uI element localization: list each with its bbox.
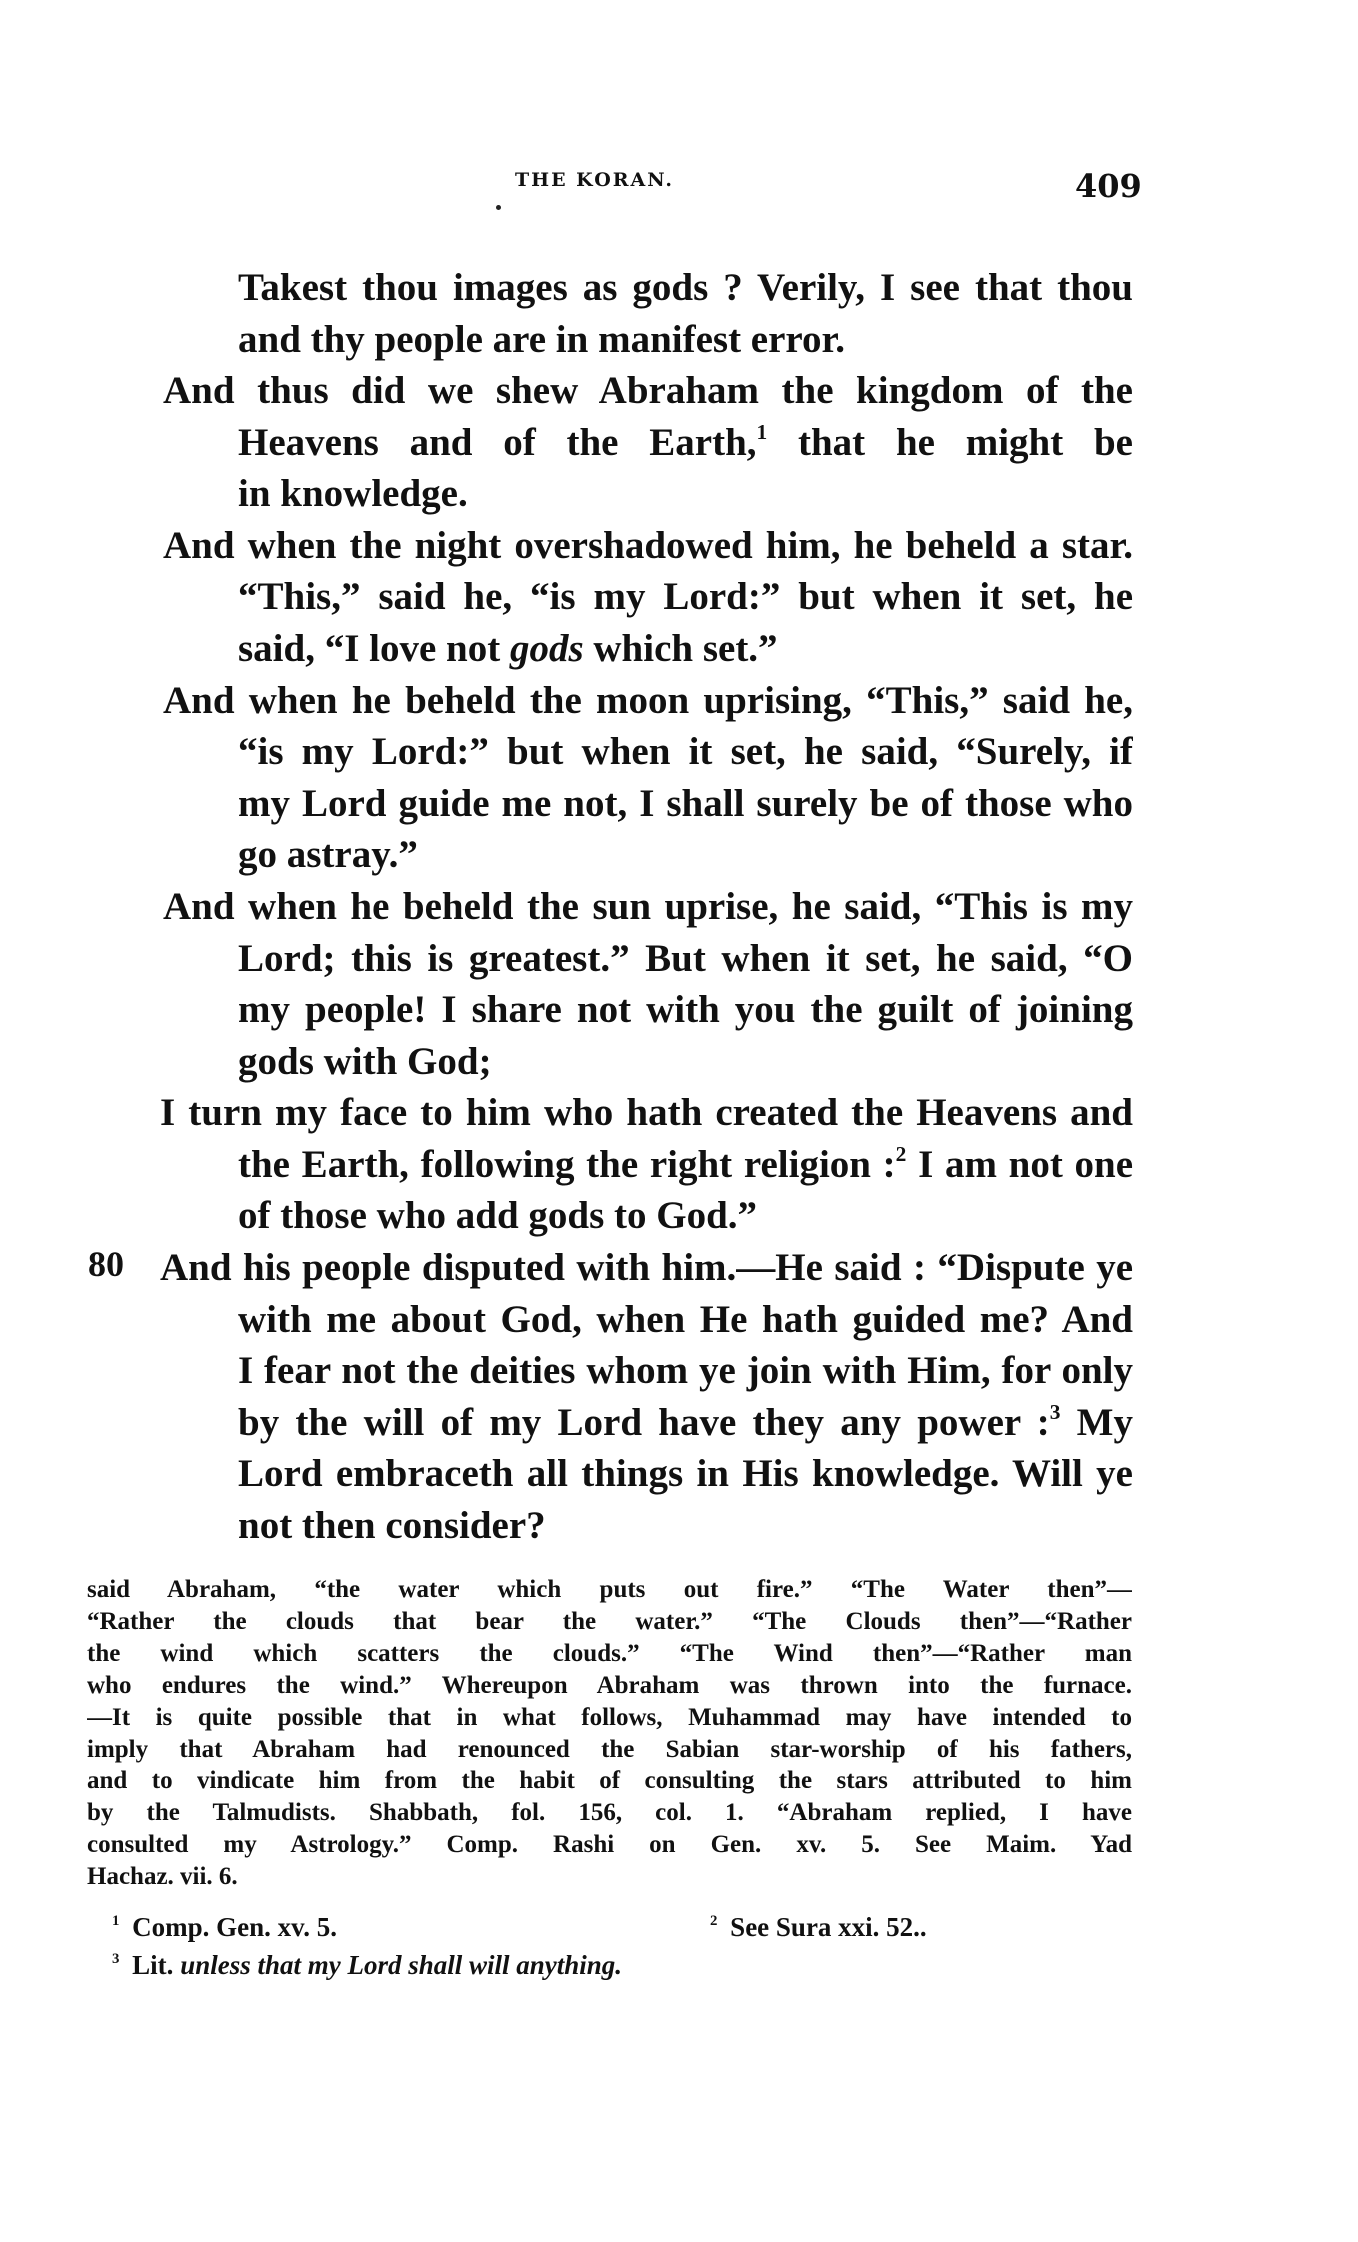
verse-text: My xyxy=(1060,1401,1133,1444)
footnote-line: by the Talmudists. Shabbath, fol. 156, c… xyxy=(87,1797,1132,1829)
verse-line: And when he beheld the sun uprise, he sa… xyxy=(163,881,1133,933)
print-speck xyxy=(496,205,501,210)
footnote-line: —It is quite possible that in what follo… xyxy=(87,1702,1132,1734)
verse-text: I am not one xyxy=(906,1143,1133,1186)
verse-line: and thy people are in manifest error. xyxy=(238,314,1133,366)
verse-number: 80 xyxy=(88,1238,124,1290)
footnote-line: “Rather the clouds that bear the water.”… xyxy=(87,1606,1132,1638)
verse-line: And when the night overshadowed him, he … xyxy=(163,520,1133,572)
page-number: 409 xyxy=(1075,169,1142,203)
verse-line: said, “I love not gods which set.” xyxy=(238,623,1133,675)
verse-line: Lord; this is greatest.” But when it set… xyxy=(238,933,1133,985)
footnote-reference: 2 xyxy=(896,1142,907,1166)
footnote-marker: 2 xyxy=(710,1913,717,1929)
verse-line: Lord embraceth all things in His knowled… xyxy=(238,1448,1133,1500)
book-page: THE KORAN. 409 Takest thou images as god… xyxy=(0,0,1358,2242)
verse-line: And his people disputed with him.—He sai… xyxy=(160,1242,1133,1294)
verse-text: the Earth, following the right religion … xyxy=(238,1143,896,1186)
verse-line: my people! I share not with you the guil… xyxy=(238,984,1133,1036)
footnote-line: said Abraham, “the water which puts out … xyxy=(87,1574,1132,1606)
footnote-3: 3 Lit. unless that my Lord shall will an… xyxy=(112,1946,622,1984)
verse-line: And when he beheld the moon uprising, “T… xyxy=(163,675,1133,727)
footnote-2: 2 See Sura xxi. 52.. xyxy=(710,1908,927,1946)
verse-text: by the will of my Lord have they any pow… xyxy=(238,1401,1050,1444)
footnote-text: Lit. xyxy=(132,1950,180,1980)
verse-line: “This,” said he, “is my Lord:” but when … xyxy=(238,571,1133,623)
verse-line: I turn my face to him who hath created t… xyxy=(160,1087,1133,1139)
footnote-marker: 3 xyxy=(112,1951,119,1967)
footnote-line: who endures the wind.” Whereupon Abraham… xyxy=(87,1670,1132,1702)
running-title: THE KORAN. xyxy=(515,170,674,190)
italic-word: gods xyxy=(510,627,584,670)
footnote-text: Comp. Gen. xv. 5. xyxy=(132,1912,337,1942)
verse-line: go astray.” xyxy=(238,829,1133,881)
verse-line: not then consider? xyxy=(238,1500,1133,1552)
footnote-text: See Sura xxi. 52.. xyxy=(730,1912,927,1942)
footnote-line: consulted my Astrology.” Comp. Rashi on … xyxy=(87,1829,1132,1861)
verse-line: I fear not the deities whom ye join with… xyxy=(238,1345,1133,1397)
footnote-line: the wind which scatters the clouds.” “Th… xyxy=(87,1638,1132,1670)
verse-text: said, “I love not xyxy=(238,627,510,670)
verse-line: in knowledge. xyxy=(238,468,1133,520)
footnote-reference: 1 xyxy=(757,420,768,444)
verse-line: Takest thou images as gods ? Verily, I s… xyxy=(238,262,1133,314)
verse-line: And thus did we shew Abraham the kingdom… xyxy=(163,365,1133,417)
verse-line: gods with God; xyxy=(238,1036,1133,1088)
verse-line: by the will of my Lord have they any pow… xyxy=(238,1397,1133,1449)
footnote-line: and to vindicate him from the habit of c… xyxy=(87,1765,1132,1797)
verse-line: of those who add gods to God.” xyxy=(238,1190,1133,1242)
verse-line: Heavens and of the Earth,1 that he might… xyxy=(238,417,1133,469)
verse-text: Heavens and of the Earth, xyxy=(238,421,757,464)
footnote-1: 1 Comp. Gen. xv. 5. xyxy=(112,1908,337,1946)
footnote-italic-text: unless that my Lord shall will anything. xyxy=(180,1950,622,1980)
footnote-marker: 1 xyxy=(112,1913,119,1929)
footnote-reference: 3 xyxy=(1050,1400,1061,1424)
footnote-line: imply that Abraham had renounced the Sab… xyxy=(87,1734,1132,1766)
verse-text: which set.” xyxy=(584,627,778,670)
verse-line: my Lord guide me not, I shall surely be … xyxy=(238,778,1133,830)
footnote-line: Hachaz. vii. 6. xyxy=(87,1861,1132,1893)
verse-line: with me about God, when He hath guided m… xyxy=(238,1294,1133,1346)
verse-line: the Earth, following the right religion … xyxy=(238,1139,1133,1191)
verse-line: “is my Lord:” but when it set, he said, … xyxy=(238,726,1133,778)
